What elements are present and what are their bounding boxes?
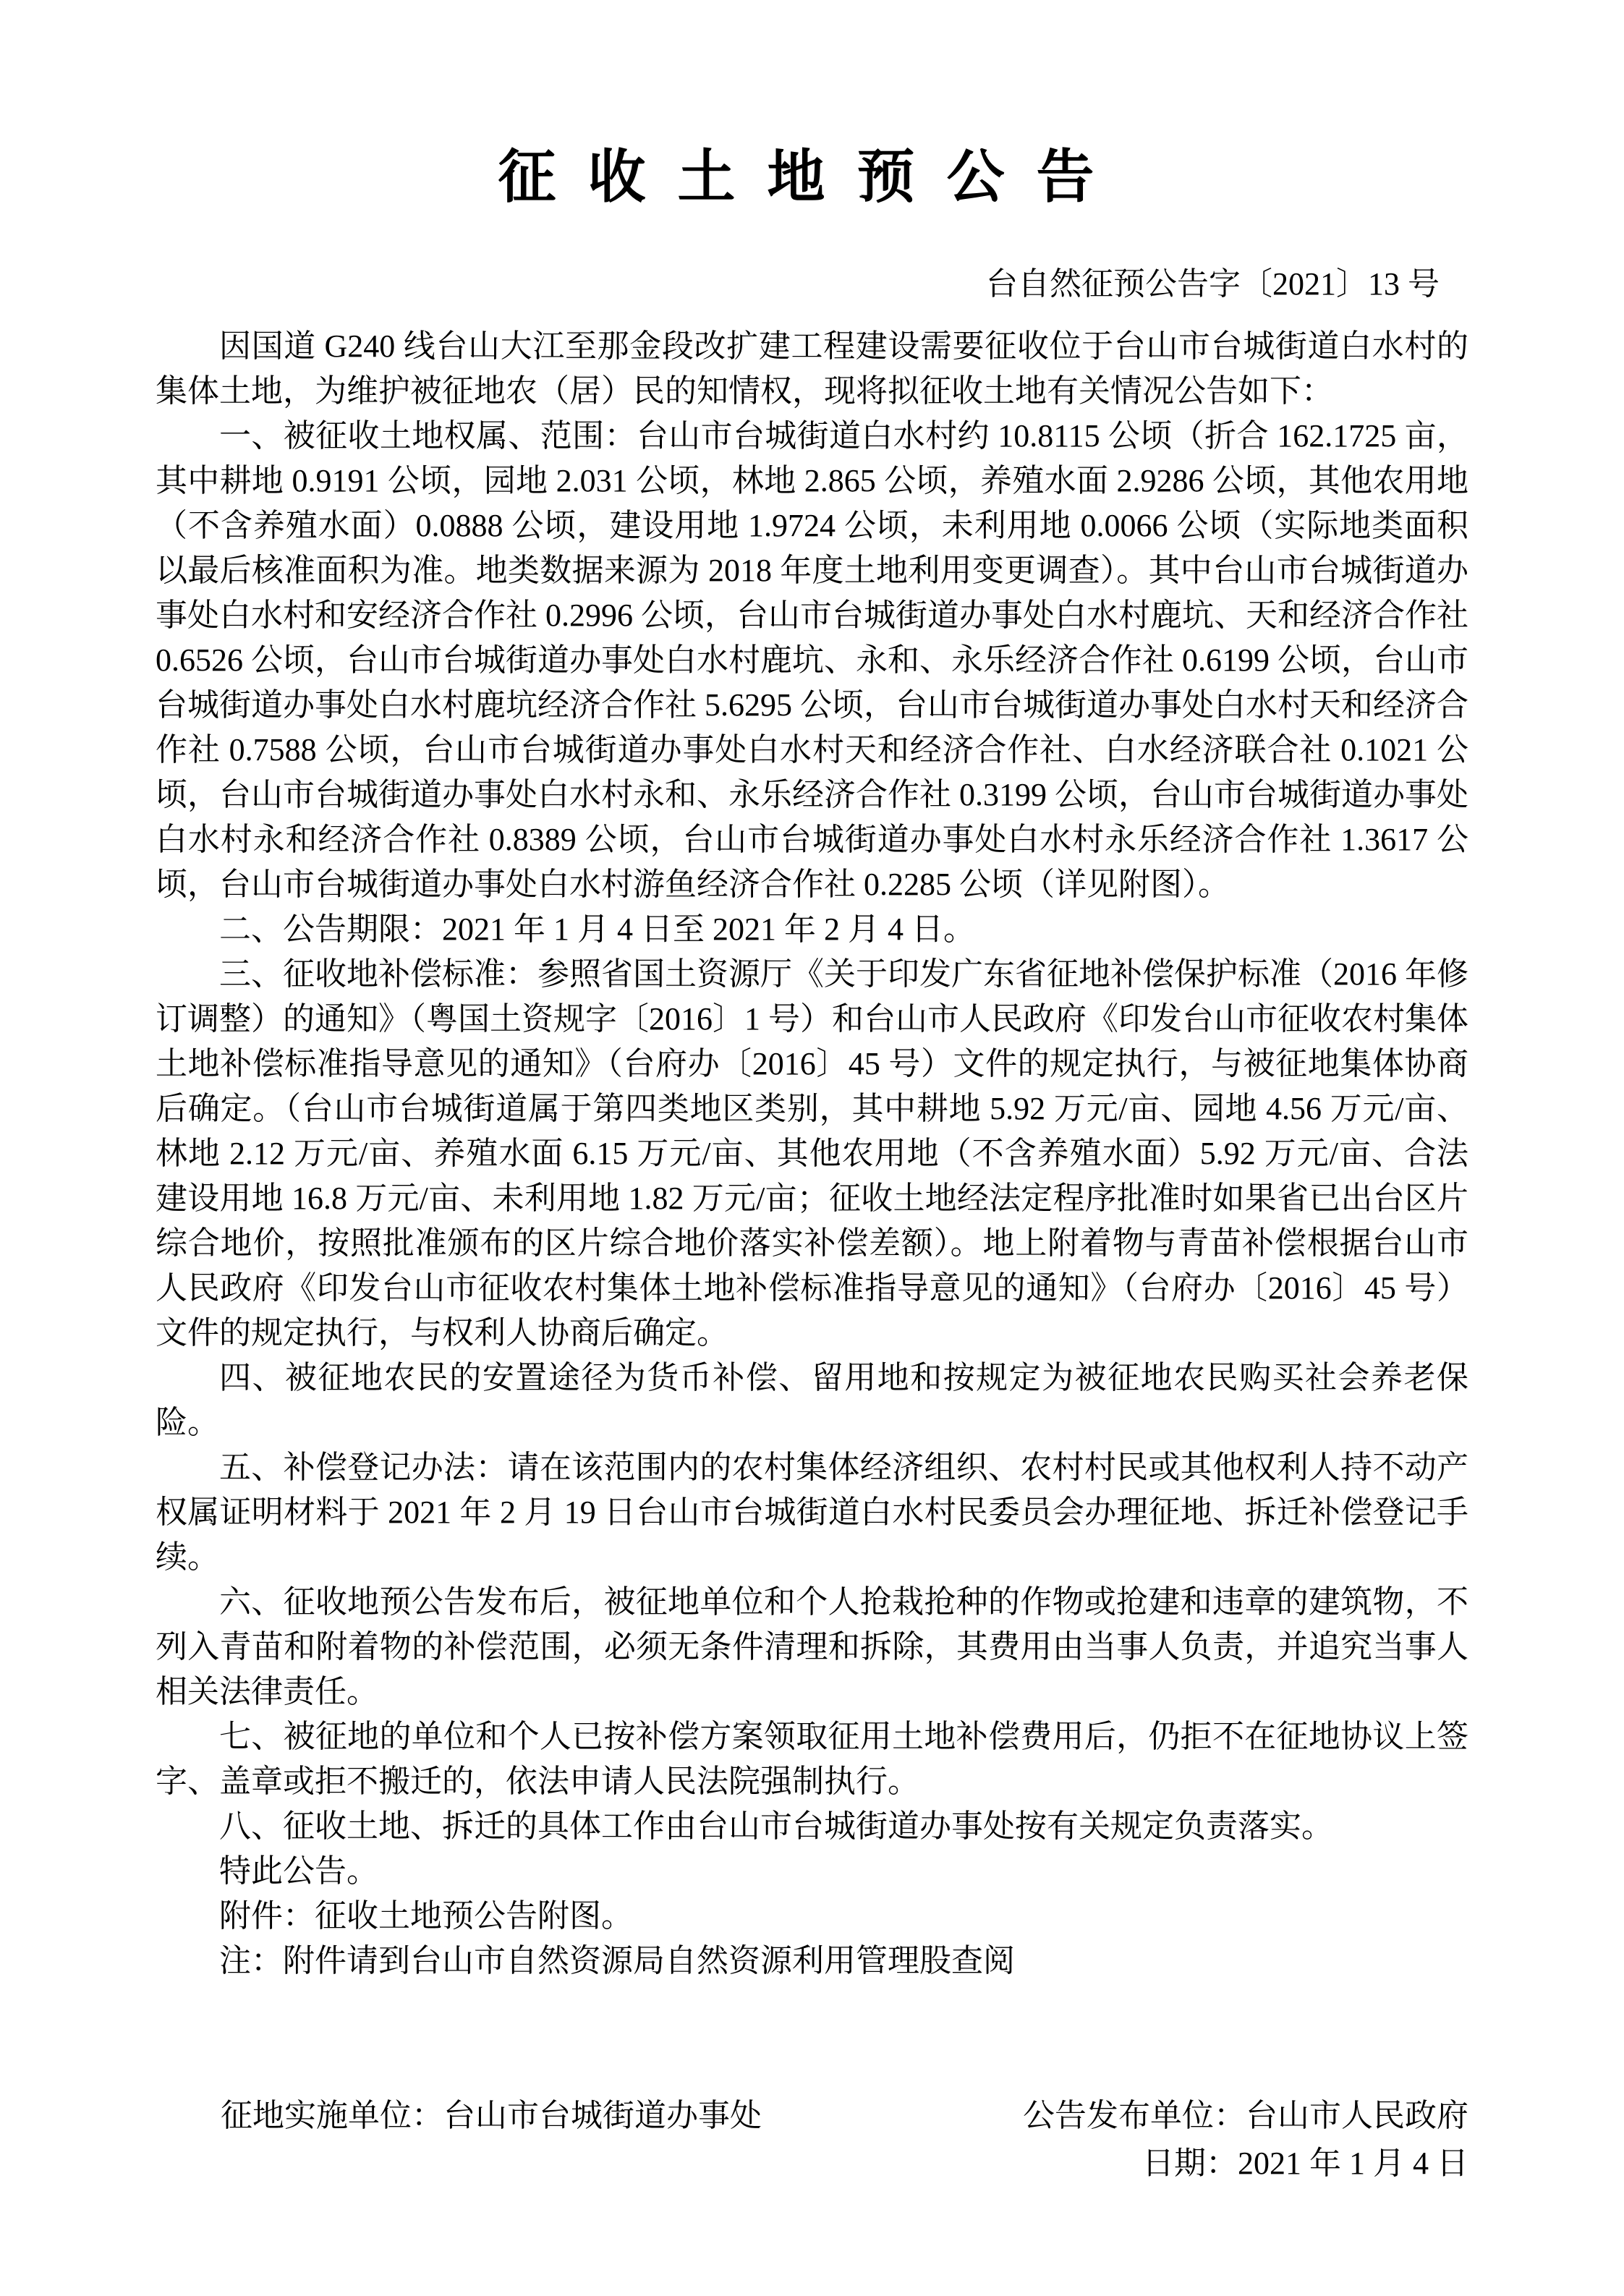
para-implementation: 八、征收土地、拆迁的具体工作由台山市台城街道办事处按有关规定负责落实。 <box>156 1804 1468 1849</box>
para-enforcement: 七、被征地的单位和个人已按补偿方案领取征用土地补偿费用后，仍拒不在征地协议上签字… <box>156 1714 1468 1804</box>
issuing-block: 公告发布单位：台山市人民政府 日期：2021 年 1 月 4 日 <box>1023 2092 1468 2187</box>
para-compensation-standard: 三、征收地补偿标准：参照省国土资源厅《关于印发广东省征地补偿保护标准（2016 … <box>156 952 1468 1356</box>
para-intro: 因国道 G240 线台山大江至那金段改扩建工程建设需要征收位于台山市台城街道白水… <box>156 324 1468 414</box>
document-body: 因国道 G240 线台山大江至那金段改扩建工程建设需要征收位于台山市台城街道白水… <box>156 324 1468 1984</box>
para-resettlement: 四、被征地农民的安置途径为货币补偿、留用地和按规定为被征地农民购买社会养老保险。 <box>156 1356 1468 1445</box>
para-land-scope: 一、被征收土地权属、范围：台山市台城街道白水村约 10.8115 公顷（折合 1… <box>156 414 1468 907</box>
para-compensation-registration: 五、补偿登记办法：请在该范围内的农村集体经济组织、农村村民或其他权利人持不动产权… <box>156 1445 1468 1580</box>
issue-date: 日期：2021 年 1 月 4 日 <box>1023 2140 1468 2187</box>
announcement-page: 征收土地预公告 台自然征预公告字〔2021〕13 号 因国道 G240 线台山大… <box>0 0 1624 2296</box>
document-footer: 征地实施单位：台山市台城街道办事处 公告发布单位：台山市人民政府 日期：2021… <box>156 2092 1468 2187</box>
issuing-unit: 公告发布单位：台山市人民政府 <box>1023 2092 1468 2140</box>
reference-number: 台自然征预公告字〔2021〕13 号 <box>156 262 1468 307</box>
para-announcement-period: 二、公告期限：2021 年 1 月 4 日至 2021 年 2 月 4 日。 <box>156 907 1468 952</box>
para-note: 注：附件请到台山市自然资源局自然资源利用管理股查阅 <box>156 1939 1468 1984</box>
para-prohibited-planting: 六、征收地预公告发布后，被征地单位和个人抢栽抢种的作物或抢建和违章的建筑物，不列… <box>156 1580 1468 1714</box>
implementing-unit: 征地实施单位：台山市台城街道办事处 <box>156 2092 762 2140</box>
para-closing: 特此公告。 <box>156 1849 1468 1894</box>
para-attachment: 附件：征收土地预公告附图。 <box>156 1894 1468 1939</box>
document-title: 征收土地预公告 <box>156 145 1468 211</box>
